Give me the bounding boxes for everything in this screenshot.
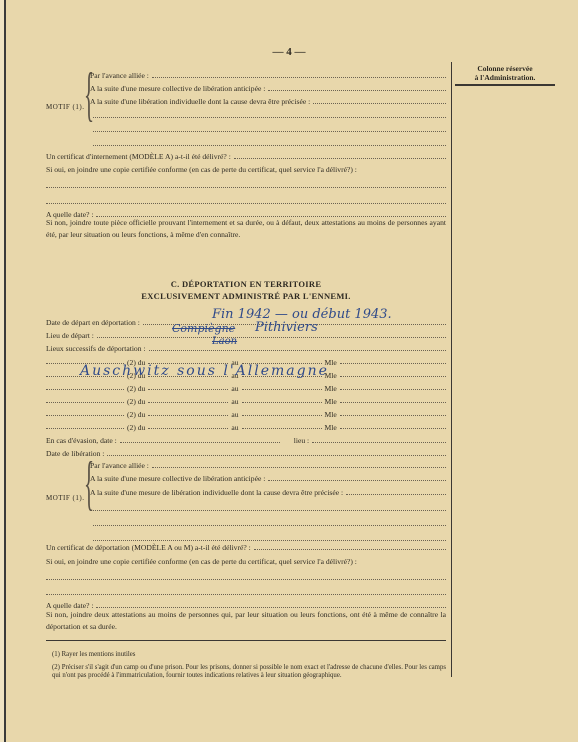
blank-line[interactable] <box>46 587 446 598</box>
admin-column-rule <box>455 84 555 86</box>
motif-field-allied-advance[interactable]: Par l'avance alliée : <box>90 460 446 471</box>
departure-place-handwritten: Pithiviers <box>255 320 318 335</box>
motif-label: MOTIF (1). <box>46 494 84 502</box>
motif-blank-line[interactable] <box>90 124 446 135</box>
departure-place-field[interactable]: Lieu de départ : <box>46 330 446 341</box>
successive-places-struck: Laon <box>212 336 237 347</box>
motif-label: MOTIF (1). <box>46 103 84 111</box>
admin-column-header: Colonne réservée à l'Administration. <box>455 64 555 82</box>
section-c-title-2: EXCLUSIVEMENT ADMINISTRÉ PAR L'ENNEMI. <box>46 291 446 301</box>
motif-field-allied-advance[interactable]: Par l'avance alliée : <box>90 70 446 81</box>
liberation-date-field[interactable]: Date de libération : <box>46 448 446 459</box>
camp-row[interactable]: (2) duauMle <box>46 408 446 419</box>
camp-row[interactable]: (2) duauMle <box>46 395 446 406</box>
internment-certificate-field[interactable]: Un certificat d'internement (MODÈLE A) a… <box>46 151 446 162</box>
camp-row[interactable]: (2) duauMle <box>46 421 446 432</box>
blank-line[interactable] <box>46 572 446 583</box>
motif-blank-line[interactable] <box>90 110 446 121</box>
copy-instruction: Si oui, en joindre une copie certifiée c… <box>46 164 446 175</box>
camp-row[interactable]: (2) duauMle <box>46 382 446 393</box>
footnote-rule <box>46 640 446 641</box>
camp-handwritten: Auschwitz sous l'Allemagne <box>80 363 329 379</box>
footnote-2: (2) Préciser s'il s'agit d'un camp ou d'… <box>52 664 446 680</box>
motif-field-individual[interactable]: A la suite d'une mesure de libération in… <box>90 487 446 498</box>
successive-places-field[interactable]: Lieux successifs de déportation : <box>46 343 446 354</box>
otherwise-instruction: Si non, joindre deux attestations au moi… <box>46 609 446 633</box>
blank-line[interactable] <box>46 180 446 191</box>
motif-field-individual[interactable]: A la suite d'une libération individuelle… <box>90 96 446 107</box>
page-number: — 4 — <box>0 46 578 58</box>
motif-blank-line[interactable] <box>90 138 446 149</box>
section-c-title-1: C. DÉPORTATION EN TERRITOIRE <box>46 279 446 289</box>
column-divider <box>451 62 452 677</box>
footnote-1: (1) Rayer les mentions inutiles <box>52 651 446 659</box>
motif-blank-line[interactable] <box>90 503 446 514</box>
departure-place-struck: Compiègne <box>172 322 235 335</box>
motif-field-collective[interactable]: A la suite d'une mesure collective de li… <box>90 473 446 484</box>
deportation-certificate-field[interactable]: Un certificat de déportation (MODÈLE A o… <box>46 542 446 553</box>
motif-blank-line[interactable] <box>90 518 446 529</box>
otherwise-instruction: Si non, joindre toute pièce officielle p… <box>46 217 446 241</box>
copy-instruction: Si oui, en joindre une copie certifiée c… <box>46 556 446 567</box>
blank-line[interactable] <box>46 196 446 207</box>
escape-field[interactable]: En cas d'évasion, date :lieu : <box>46 435 446 446</box>
motif-field-collective[interactable]: A la suite d'une mesure collective de li… <box>90 83 446 94</box>
